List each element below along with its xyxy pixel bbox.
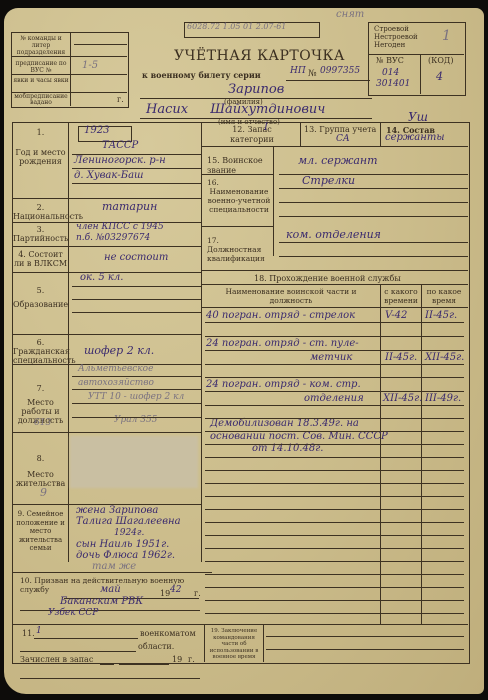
redacted-residence	[70, 436, 198, 488]
family-5: дочь Флюса 1962г.	[76, 550, 175, 561]
family-4: сын Наиль 1951г.	[76, 539, 169, 550]
called-up-by-2: Узбек ССР	[48, 608, 98, 618]
label-party: 3. Партийность	[13, 225, 68, 243]
col-to: по какое время	[422, 287, 466, 305]
label-team-number: № команды и литер подразделения	[12, 35, 70, 56]
label-specialty: 16.Наименование военно-учетной специальн…	[207, 178, 271, 214]
family-6: там же	[92, 561, 136, 572]
ticket-prefix: к военному билету серии	[142, 70, 261, 80]
code-value: 4	[436, 70, 443, 83]
col-from: с какого времени	[381, 287, 421, 305]
party-2: п.б. №03297674	[76, 233, 150, 243]
workplace-3: УТТ 10 - шофер 2 кл	[88, 392, 184, 402]
composition: сержанты	[385, 132, 444, 143]
birth-place-3: д. Хувак-Баш	[74, 170, 144, 181]
party-1: член КПСС с 1945	[76, 222, 164, 232]
registration-card: № команды и литер подразделения предписа…	[4, 8, 484, 694]
top-stamp: 6028.72 1.05 01 2.07-61	[187, 22, 286, 31]
birth-place-1: ТАССР	[102, 140, 138, 151]
name-patronymic: Насих Шайхутдинович	[146, 102, 325, 117]
workplace-2: автохозяйство	[78, 378, 154, 388]
label-civil-specialty: 6. Гражданская специальность	[13, 338, 68, 365]
service-row-unit: 24 погран. отряд - ком. стр.	[206, 379, 361, 390]
label-nationality: 2. Национальность	[13, 203, 68, 221]
vus-value: 014	[382, 68, 399, 78]
label-birth: Год и место рождения	[13, 148, 68, 166]
specialty: Стрелки	[302, 174, 355, 187]
label-account-group: 13. Группа учета	[304, 125, 376, 134]
vus-value-2: 301401	[376, 79, 410, 89]
nationality: татарин	[102, 200, 157, 213]
workplace-1: Альметьевское	[78, 364, 153, 374]
birth-year: 1923	[84, 125, 109, 136]
label-rank: 15. Воинское звание	[207, 156, 271, 176]
label-reserve-category: 12. Запас категории	[212, 125, 292, 145]
service-row-note: Демобилизован 18.3.49г. на	[210, 418, 359, 429]
surname: Зарипов	[228, 82, 284, 97]
komsomol: не состоит	[104, 252, 168, 263]
family-3: 1924г.	[114, 528, 144, 538]
order-vus-value: 1-5	[82, 60, 98, 71]
service-row-unit: 40 погран. отряд - стрелок	[206, 310, 355, 321]
service-row-unit: 24 погран. отряд - ст. пуле-	[206, 338, 359, 349]
top-note: снят	[336, 9, 364, 20]
label-qualification: 17.Должностная квалификация	[207, 236, 271, 263]
label-conclusion: 19. Заключение командования части об исп…	[206, 628, 262, 661]
ticket-number: 0997355	[320, 66, 360, 76]
birth-place-2: Лениногорск. р-н	[74, 155, 166, 166]
label-order-vus: предписание по ВУС №	[12, 60, 70, 74]
called-up-year: 42	[170, 585, 181, 595]
education: ок. 5 кл.	[80, 272, 123, 283]
family-2: Талига Шагалеевна	[76, 516, 181, 527]
label-komsomol: 4. Состоит ли в ВЛКСМ	[13, 250, 68, 268]
label-education: Образование	[13, 300, 68, 309]
ticket-series: НП	[290, 66, 306, 76]
label-mob-order: мобпредписание вадано	[12, 94, 70, 106]
card-title: УЧЁТНАЯ КАРТОЧКА	[174, 48, 345, 64]
label-family: 9. Семейное положение и место жительства…	[13, 510, 68, 553]
label-reserve: Зачислен в запас	[20, 655, 93, 664]
service-title: 18. Прохождение военной службы	[254, 274, 401, 283]
label-appearance: явки и часы явки	[12, 77, 70, 84]
fitness-status: СтроевойНестроевойНегоден	[374, 25, 418, 49]
qualification: ком. отделения	[286, 228, 381, 241]
called-up-by-1: Баканским РВК	[60, 596, 143, 607]
mob-order-year-suffix: г.	[117, 95, 124, 104]
reserve-category: I	[264, 122, 268, 133]
called-up-month: май	[100, 584, 121, 595]
rank: мл. сержант	[298, 154, 378, 167]
family-1: жена Зарипова	[76, 505, 158, 516]
civil-specialty: шофер 2 кл.	[84, 344, 154, 357]
account-group: СА	[336, 134, 350, 144]
col-unit: Наименование воинской части и должность	[206, 287, 376, 305]
